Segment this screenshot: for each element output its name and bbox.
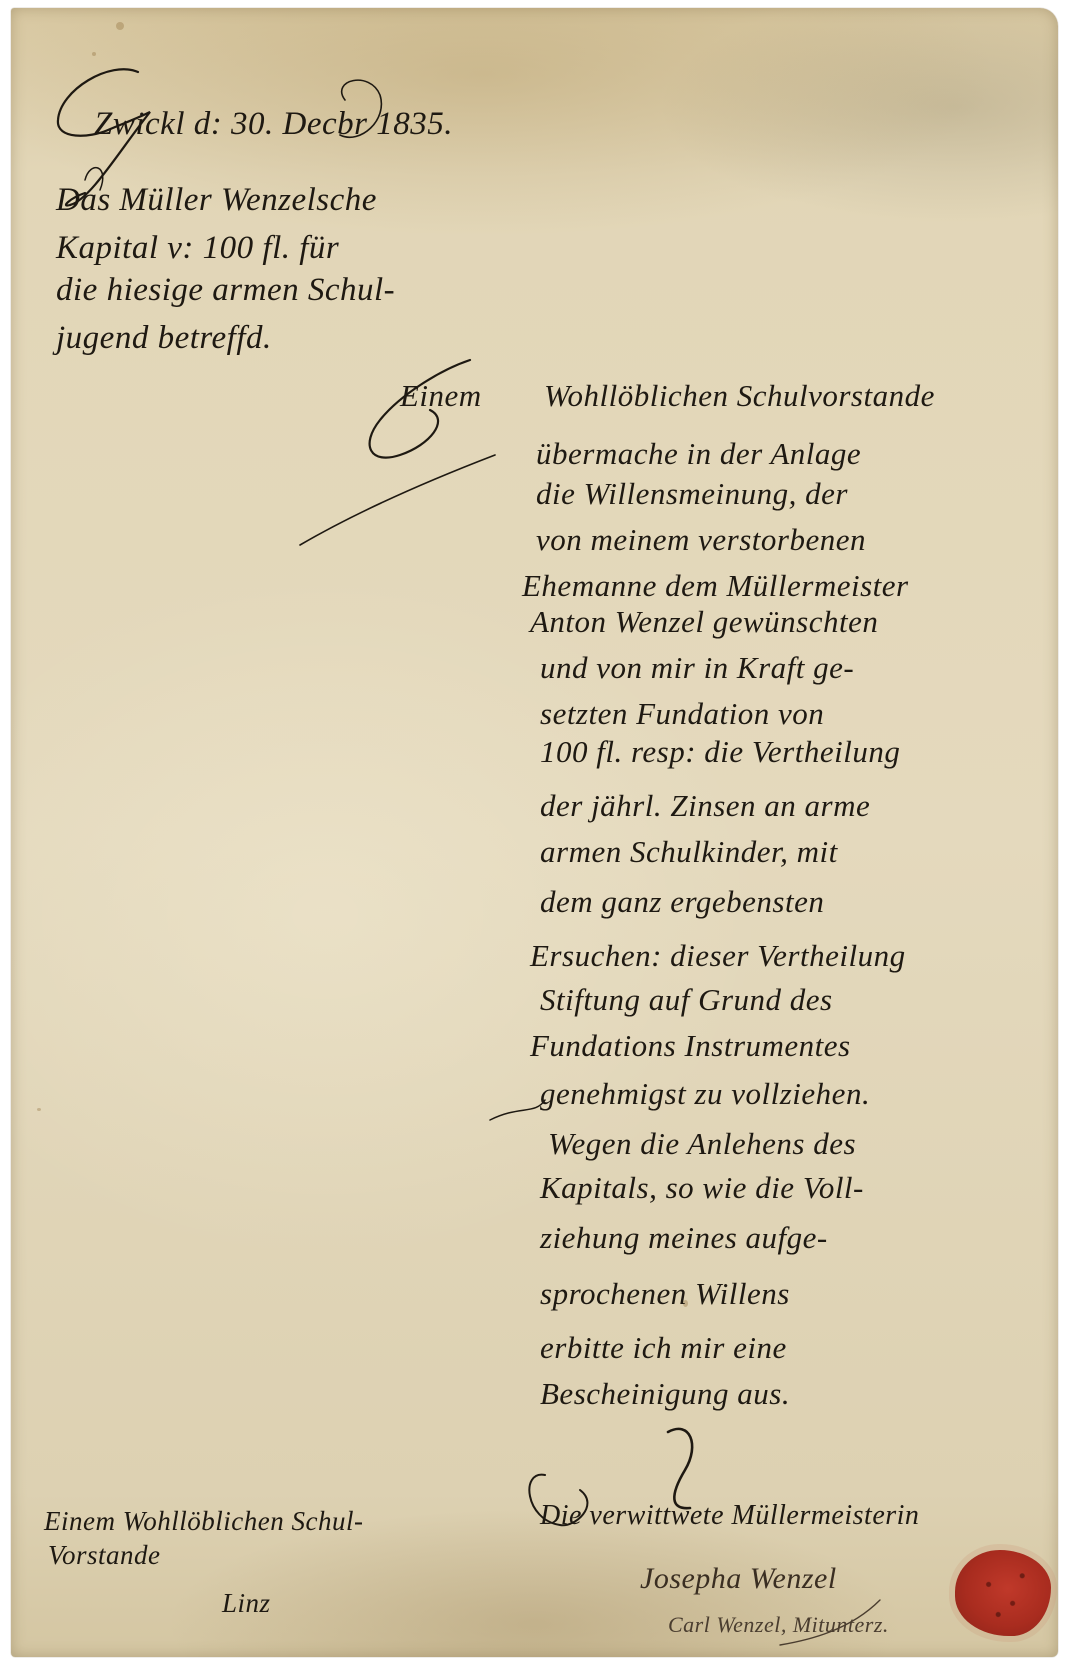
- paper-stain: [116, 22, 124, 30]
- body-line: übermache in der Anlage: [536, 436, 861, 472]
- body-line: Ersuchen: dieser Vertheilung: [530, 938, 906, 974]
- body-line: Bescheinigung aus.: [540, 1376, 790, 1412]
- subject-line: Das Müller Wenzelsche: [56, 182, 377, 219]
- address-line: Einem Wohllöblichen Schul-: [44, 1506, 363, 1537]
- body-line: Kapitals, so wie die Voll-: [540, 1170, 864, 1206]
- body-line: Wegen die Anlehens des: [548, 1126, 856, 1162]
- body-line: von meinem verstorbenen: [536, 522, 866, 558]
- address-line-city: Linz: [222, 1588, 271, 1619]
- salutation: Einem: [400, 378, 482, 414]
- closing-line: Die verwittwete Müllermeisterin: [540, 1500, 919, 1532]
- body-line: genehmigst zu vollziehen.: [540, 1076, 870, 1112]
- signature-carl-wenzel: Carl Wenzel, Mitunterz.: [668, 1612, 889, 1638]
- dateline: Zwickl d: 30. Decbr 1835.: [94, 106, 453, 143]
- body-line: Stiftung auf Grund des: [540, 982, 833, 1018]
- red-wax-seal: [955, 1550, 1051, 1636]
- body-line: Anton Wenzel gewünschten: [530, 604, 878, 640]
- body-line: ziehung meines aufge-: [540, 1220, 828, 1256]
- body-line: 100 fl. resp: die Vertheilung: [540, 734, 900, 770]
- body-line: armen Schulkinder, mit: [540, 834, 838, 870]
- subject-line: die hiesige armen Schul-: [56, 272, 395, 309]
- body-line: der jährl. Zinsen an arme: [540, 788, 870, 824]
- address-line: Vorstande: [48, 1540, 161, 1571]
- paper-stain: [37, 1108, 41, 1111]
- subject-line: Kapital v: 100 fl. für: [56, 230, 339, 267]
- body-line: die Willensmeinung, der: [536, 476, 848, 512]
- body-line: und von mir in Kraft ge-: [540, 650, 854, 686]
- signature-josepha-wenzel: Josepha Wenzel: [640, 1562, 837, 1596]
- body-line: erbitte ich mir eine: [540, 1330, 787, 1366]
- subject-line: jugend betreffd.: [56, 320, 272, 357]
- body-line: dem ganz ergebensten: [540, 884, 824, 920]
- body-line: Ehemanne dem Müllermeister: [522, 568, 909, 604]
- body-line: setzten Fundation von: [540, 696, 824, 732]
- body-line: Fundations Instrumentes: [530, 1028, 851, 1064]
- body-line: sprochenen Willens: [540, 1276, 790, 1312]
- body-line: Wohllöblichen Schulvorstande: [544, 378, 935, 414]
- paper-stain: [92, 52, 96, 56]
